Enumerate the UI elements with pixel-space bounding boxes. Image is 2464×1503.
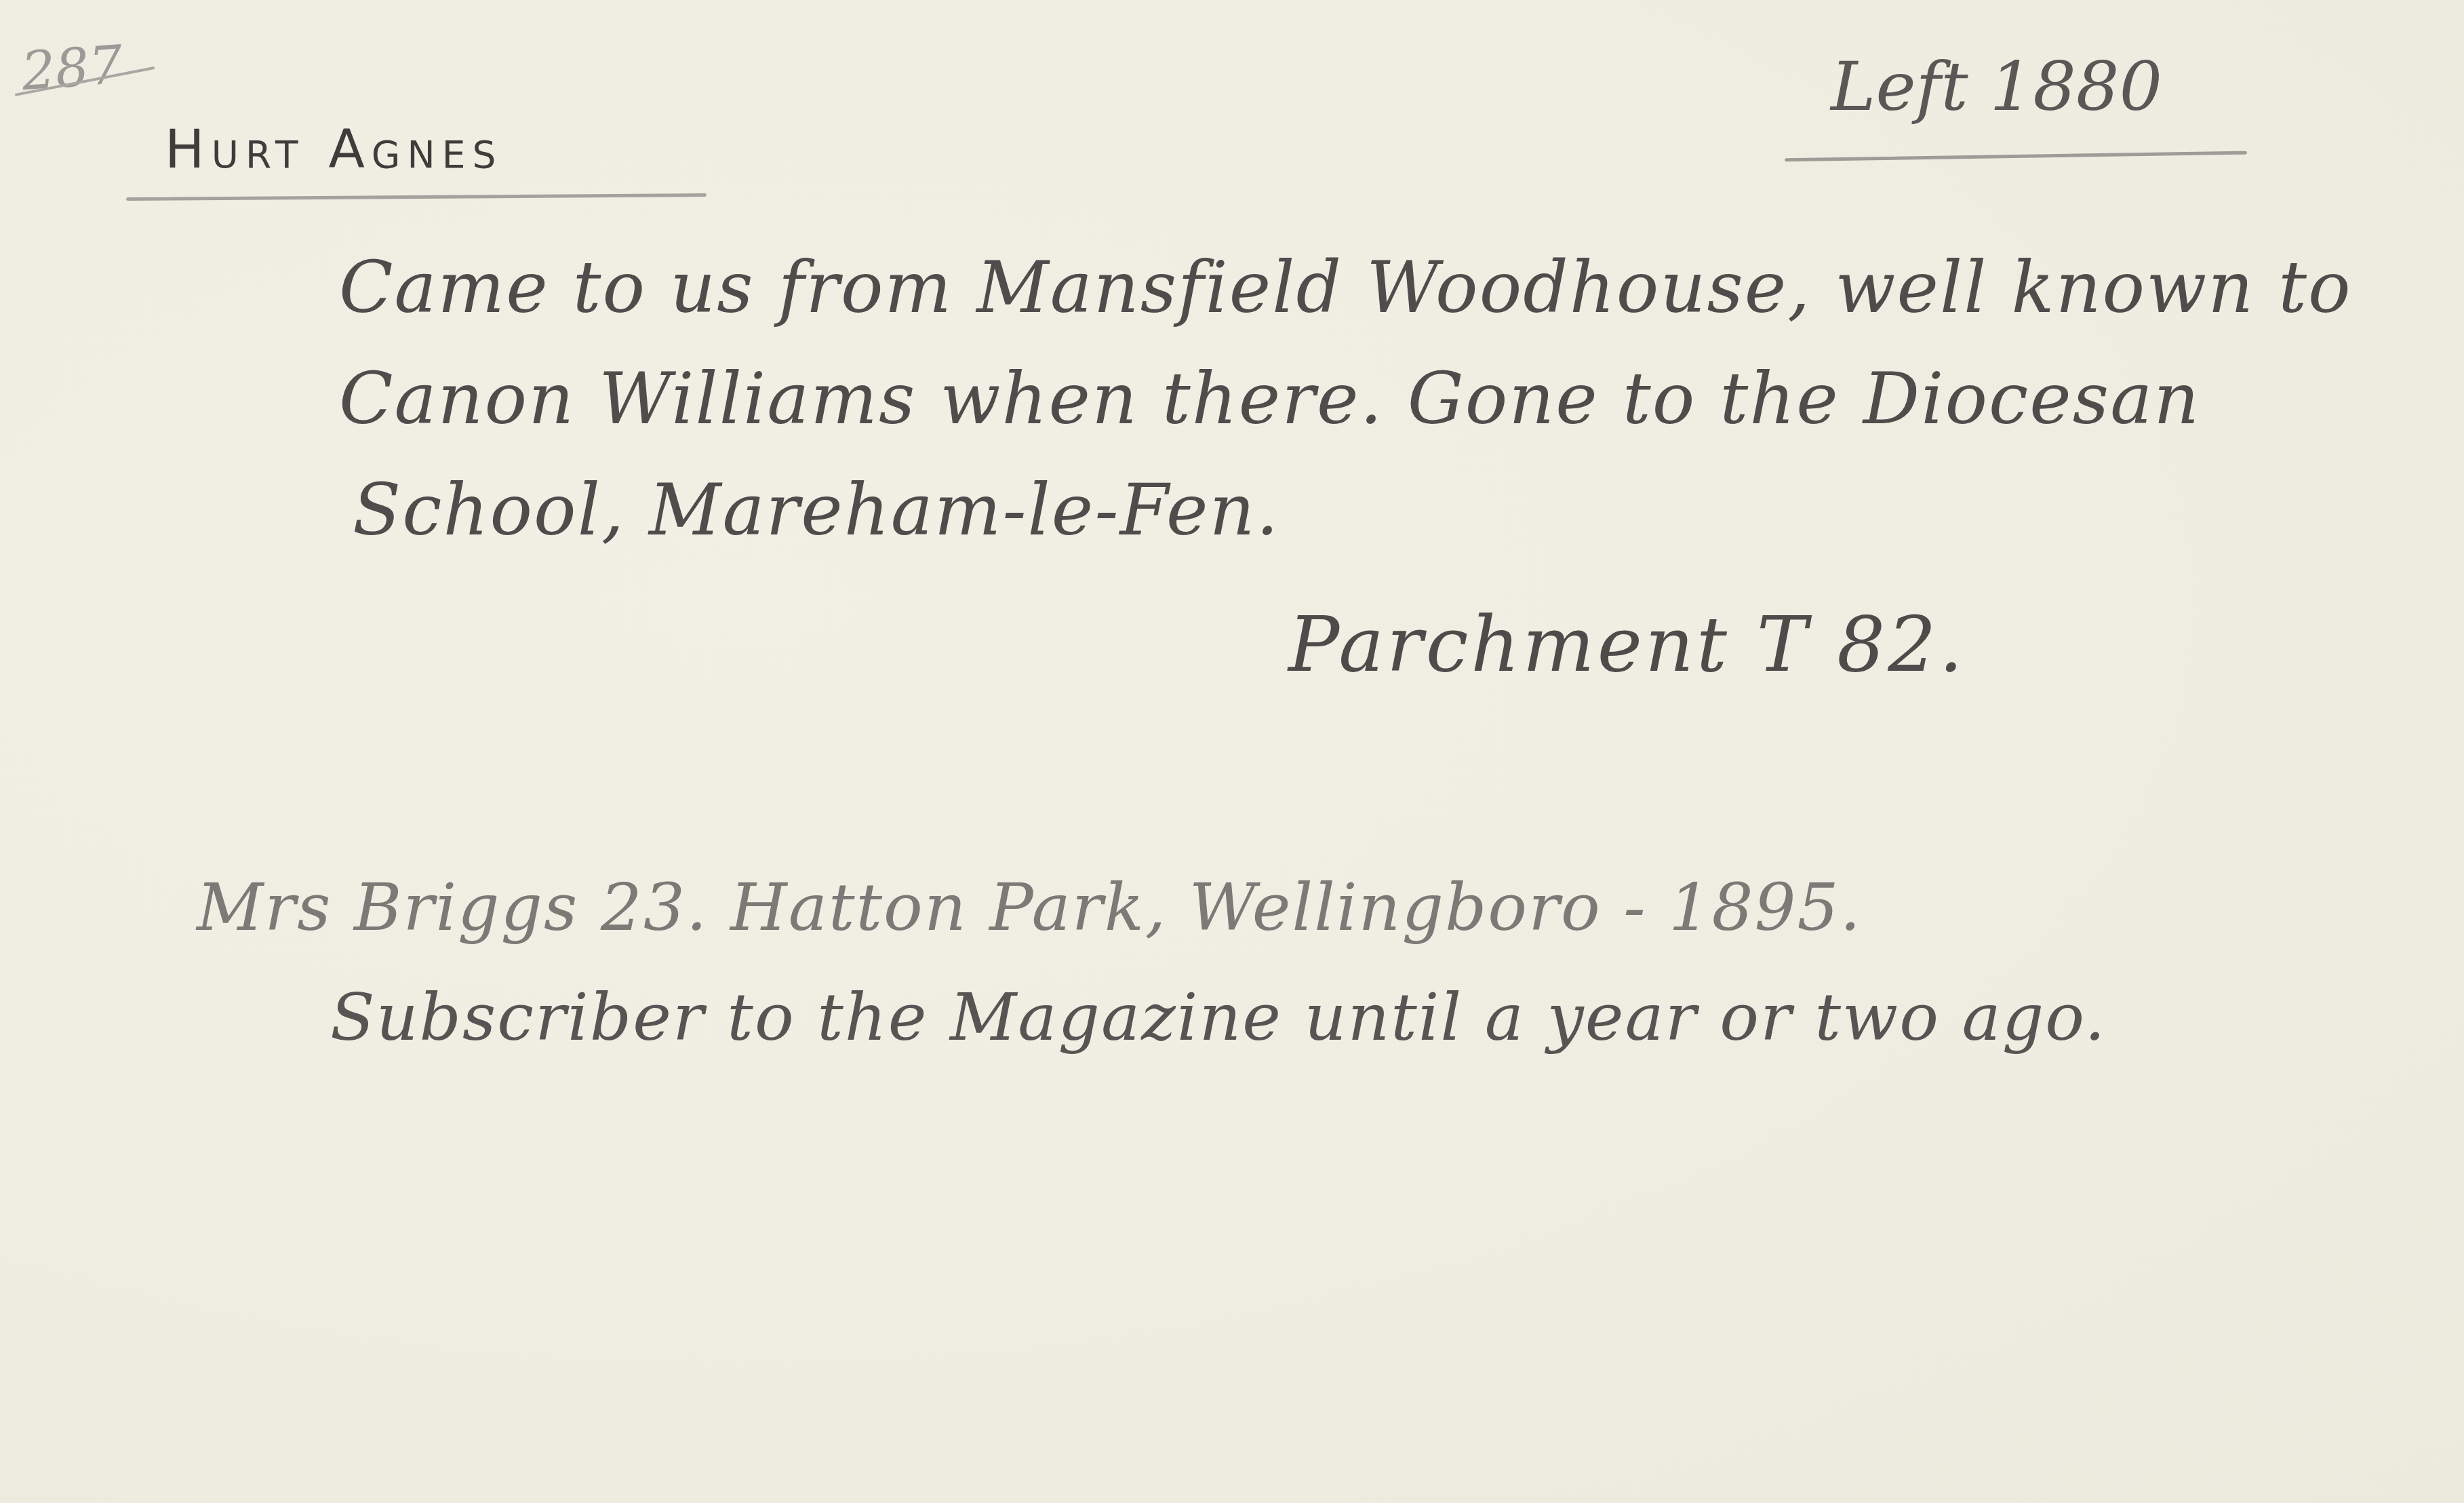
index-card: 287 Hurt Agnes Left 1880 Came to us from… [0,0,2464,1503]
body-text-line: Canon Williams when there. Gone to the D… [339,364,2200,434]
later-note-line: Mrs Briggs 23. Hatton Park, Wellingboro … [197,875,1862,940]
name-heading: Hurt Agnes [165,123,502,176]
left-date-underline [1785,151,2247,162]
left-date: Left 1880 [1831,53,2162,121]
name-underline [126,193,707,201]
body-text-line: School, Mareham-le-Fen. [353,475,1280,545]
parchment-note: Parchment T 82. [1288,607,1966,683]
body-text-line: Came to us from Mansfield Woodhouse, wel… [339,252,2352,323]
later-note-line: Subscriber to the Magazine until a year … [330,985,2107,1050]
